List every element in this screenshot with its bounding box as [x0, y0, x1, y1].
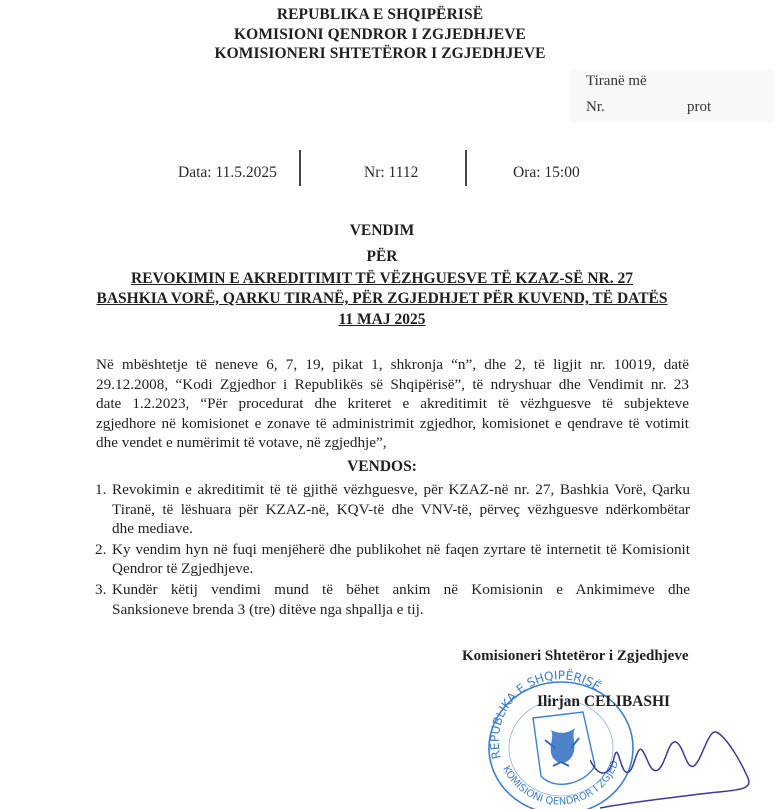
decision-item: 3. Kundër këtij vendimi mund të bëhet an… [95, 580, 690, 619]
signatory-name: Ilirjan CELIBASHI [537, 693, 670, 711]
document-title: VENDIM [0, 222, 771, 240]
document-title-for: PËR [0, 248, 771, 266]
header-republic: REPUBLIKA E SHQIPËRISË [0, 6, 769, 24]
decision-line: Tiranë, të lëshuara për KZAZ-në, KQV-të … [112, 500, 690, 520]
document-subject-line: BASHKIA VORË, QARKU TIRANË, PËR ZGJEDHJE… [0, 290, 771, 308]
decision-item: 2. Ky vendim hyn në fuqi menjëherë dhe p… [95, 540, 690, 579]
number-label: Nr. [586, 99, 605, 116]
decides-heading: VENDOS: [0, 458, 771, 476]
decision-line: Qendror të Zgjedhjeve. [112, 559, 690, 579]
decision-number-marker: 2. [95, 540, 106, 560]
divider [465, 150, 467, 186]
decision-line: Sanksioneve brenda 3 (tre) ditëve nga sh… [112, 600, 690, 620]
decision-number-marker: 3. [95, 580, 106, 600]
document-subject-line: REVOKIMIN E AKREDITIMIT TË VËZHGUESVE TË… [0, 270, 771, 288]
decision-date: Data: 11.5.2025 [178, 164, 277, 182]
preamble-line: Në mbështetje të neneve 6, 7, 19, pikat … [96, 355, 689, 375]
decision-item: 1. Revokimin e akreditimit të të gjithë … [95, 480, 690, 539]
decision-line: Ky vendim hyn në fuqi menjëherë dhe publ… [112, 540, 690, 560]
preamble-line: zgjedhore në komisionet e zonave të admi… [96, 414, 689, 434]
header-commission: KOMISIONI QENDROR I ZGJEDHJEVE [0, 26, 769, 44]
preamble-line: dhe vendet e numërimit të votave, në zgj… [96, 433, 689, 453]
signatory-title: Komisioneri Shtetëror i Zgjedhjeve [462, 648, 689, 665]
stamp-text-top: REPUBLIKA E SHQIPËRISË [488, 668, 604, 760]
handwritten-signature-icon [590, 720, 760, 809]
decision-line: dhe mediave. [112, 519, 690, 539]
prot-label: prot [687, 99, 711, 116]
header-commissioner: KOMISIONERI SHTETËROR I ZGJEDHJEVE [0, 45, 769, 63]
preamble: Në mbështetje të neneve 6, 7, 19, pikat … [96, 355, 689, 453]
decision-time: Ora: 15:00 [513, 164, 580, 182]
svg-text:REPUBLIKA E SHQIPËRISË: REPUBLIKA E SHQIPËRISË [488, 668, 604, 760]
preamble-line: 29.12.2008, “Kodi Zgjedhor i Republikës … [96, 375, 689, 395]
reference-box: Tiranë më Nr. prot [570, 70, 774, 122]
decision-line: Revokimin e akreditimit të të gjithë vëz… [112, 480, 690, 500]
decision-number: Nr: 1112 [364, 164, 418, 182]
divider [299, 150, 301, 186]
decision-list: 1. Revokimin e akreditimit të të gjithë … [95, 480, 690, 620]
decision-line: Kundër këtij vendimi mund të bëhet ankim… [112, 580, 690, 600]
document-subject-line: 11 MAJ 2025 [0, 311, 771, 329]
place-label: Tiranë më [586, 73, 647, 90]
preamble-line: date 1.2.2023, “Për procedurat dhe krite… [96, 394, 689, 414]
decision-number-marker: 1. [95, 480, 106, 500]
